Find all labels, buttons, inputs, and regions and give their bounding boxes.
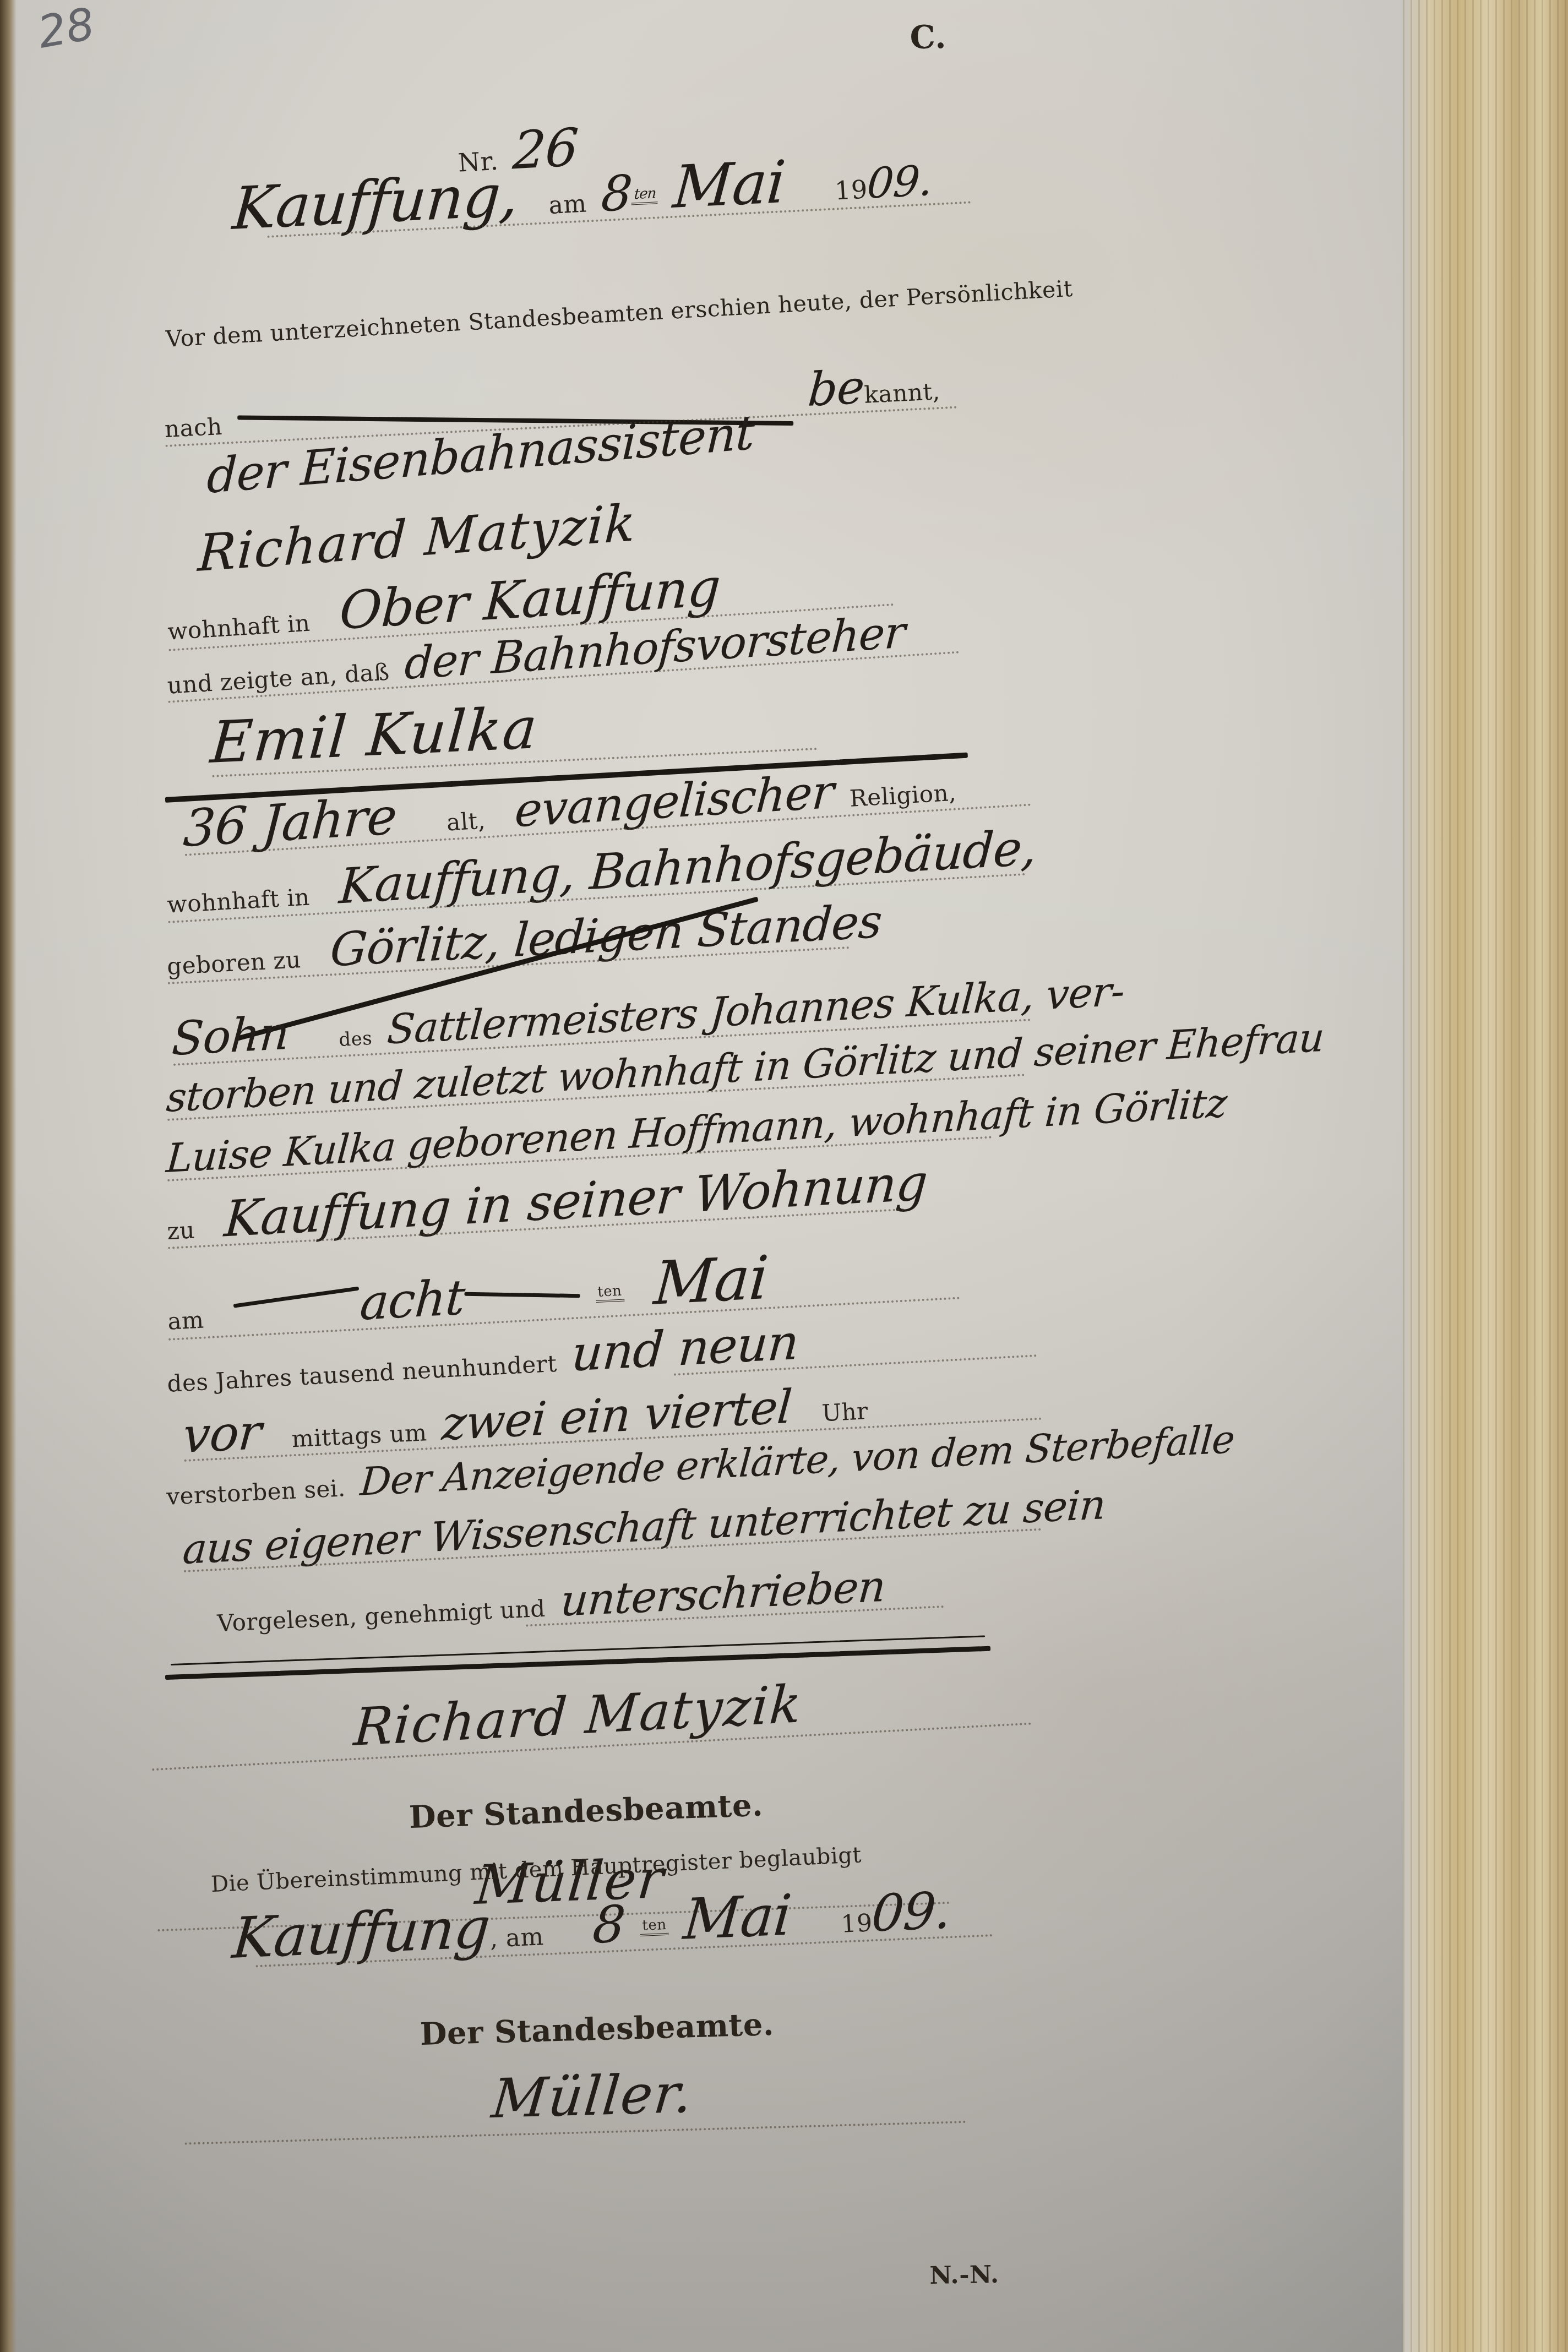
bekannt-label: kannt, [864, 378, 941, 409]
header-place: Kauffung, [230, 161, 520, 243]
wohnhaft-label-1: wohnhaft in [167, 609, 311, 645]
registrar-title-2: Der Standesbeamte. [420, 2006, 775, 2052]
death-day: acht [358, 1268, 466, 1331]
header-date-row: Kauffung, am 8ten Mai 1909. [231, 141, 933, 243]
header-month: Mai [671, 148, 787, 221]
register-page-photo: 28 C. Nr. 26 Kauffung, am 8ten Mai 1909.… [0, 0, 1568, 2352]
pencil-page-number: 28 [34, 0, 98, 58]
header-year-suffix: 09. [865, 156, 934, 208]
registrar-title-row-2: Der Standesbeamte. [420, 2006, 775, 2052]
deceased-name: Emil Kulka [208, 694, 541, 777]
verstorben-label: verstorben sei. [166, 1474, 346, 1510]
header-year-prefix: 19 [834, 175, 868, 206]
certification-day: 8 [591, 1894, 627, 1955]
pen-flourish-right [464, 1292, 580, 1298]
alt-label: alt, [446, 807, 486, 836]
printers-mark-text: N.-N. [929, 2261, 999, 2290]
certification-ten-label: ten [640, 1916, 669, 1936]
wohnhaft-label-2: wohnhaft in [166, 883, 311, 918]
certification-place: Kauffung [230, 1895, 492, 1972]
zeigte-label: und zeigte an, daß [166, 658, 390, 699]
geboren-label: geboren zu [166, 946, 302, 980]
vormittags-hand: vor [181, 1403, 263, 1464]
am-label: am [167, 1306, 204, 1335]
religion-label: Religion, [849, 779, 957, 812]
certification-am-label: , am [489, 1923, 545, 1953]
header-day-suffix: ten [631, 185, 659, 205]
unterschrieben-hand: unterschrieben [559, 1562, 887, 1626]
book-binding-edge [0, 0, 17, 2352]
page-stack-edge [1403, 0, 1568, 2352]
registrar-signature-row-2: Müller. [491, 2062, 694, 2131]
certification-year-prefix: 19 [841, 1909, 873, 1938]
bekannt-hand: be [806, 360, 866, 417]
mittags-label: mittags um [291, 1419, 428, 1452]
death-month: Mai [651, 1243, 770, 1318]
intro-line: Vor dem unterzeichneten Standesbeamten e… [165, 275, 1074, 352]
zu-label: zu [166, 1216, 195, 1245]
certification-month: Mai [681, 1882, 793, 1953]
printers-mark: N.-N. [929, 2261, 999, 2290]
nach-label: nach [164, 413, 223, 443]
deceased-name-row: Emil Kulka [209, 694, 540, 776]
vorgelesen-row: Vorgelesen, genehmigt und unterschrieben [216, 1562, 886, 1642]
des-label: des [338, 1027, 373, 1051]
ten-label: ten [595, 1282, 625, 1303]
header-am-label: am [548, 190, 587, 220]
pen-flourish-left [233, 1287, 359, 1308]
vorgelesen-label: Vorgelesen, genehmigt und [216, 1595, 546, 1637]
sohn-hand: Sohn [170, 1006, 291, 1066]
year-hand: und neun [570, 1314, 800, 1382]
form-letter: C. [910, 18, 947, 56]
declarant-signature-row: Richard Matyzik [352, 1674, 803, 1757]
year-label: des Jahres tausend neunhundert [166, 1350, 558, 1397]
registrar-title-1: Der Standesbeamte. [409, 1787, 764, 1836]
time-value: zwei ein viertel [440, 1380, 793, 1451]
header-day: 8 [600, 164, 634, 222]
uhr-label: Uhr [821, 1397, 869, 1427]
age-value: 36 Jahre [182, 787, 399, 859]
certification-year-suffix: 09. [870, 1881, 954, 1943]
registrar-signature-2: Müller. [489, 2062, 696, 2131]
declarant-signature: Richard Matyzik [352, 1674, 804, 1758]
registrar-title-row-1: Der Standesbeamte. [409, 1787, 764, 1836]
